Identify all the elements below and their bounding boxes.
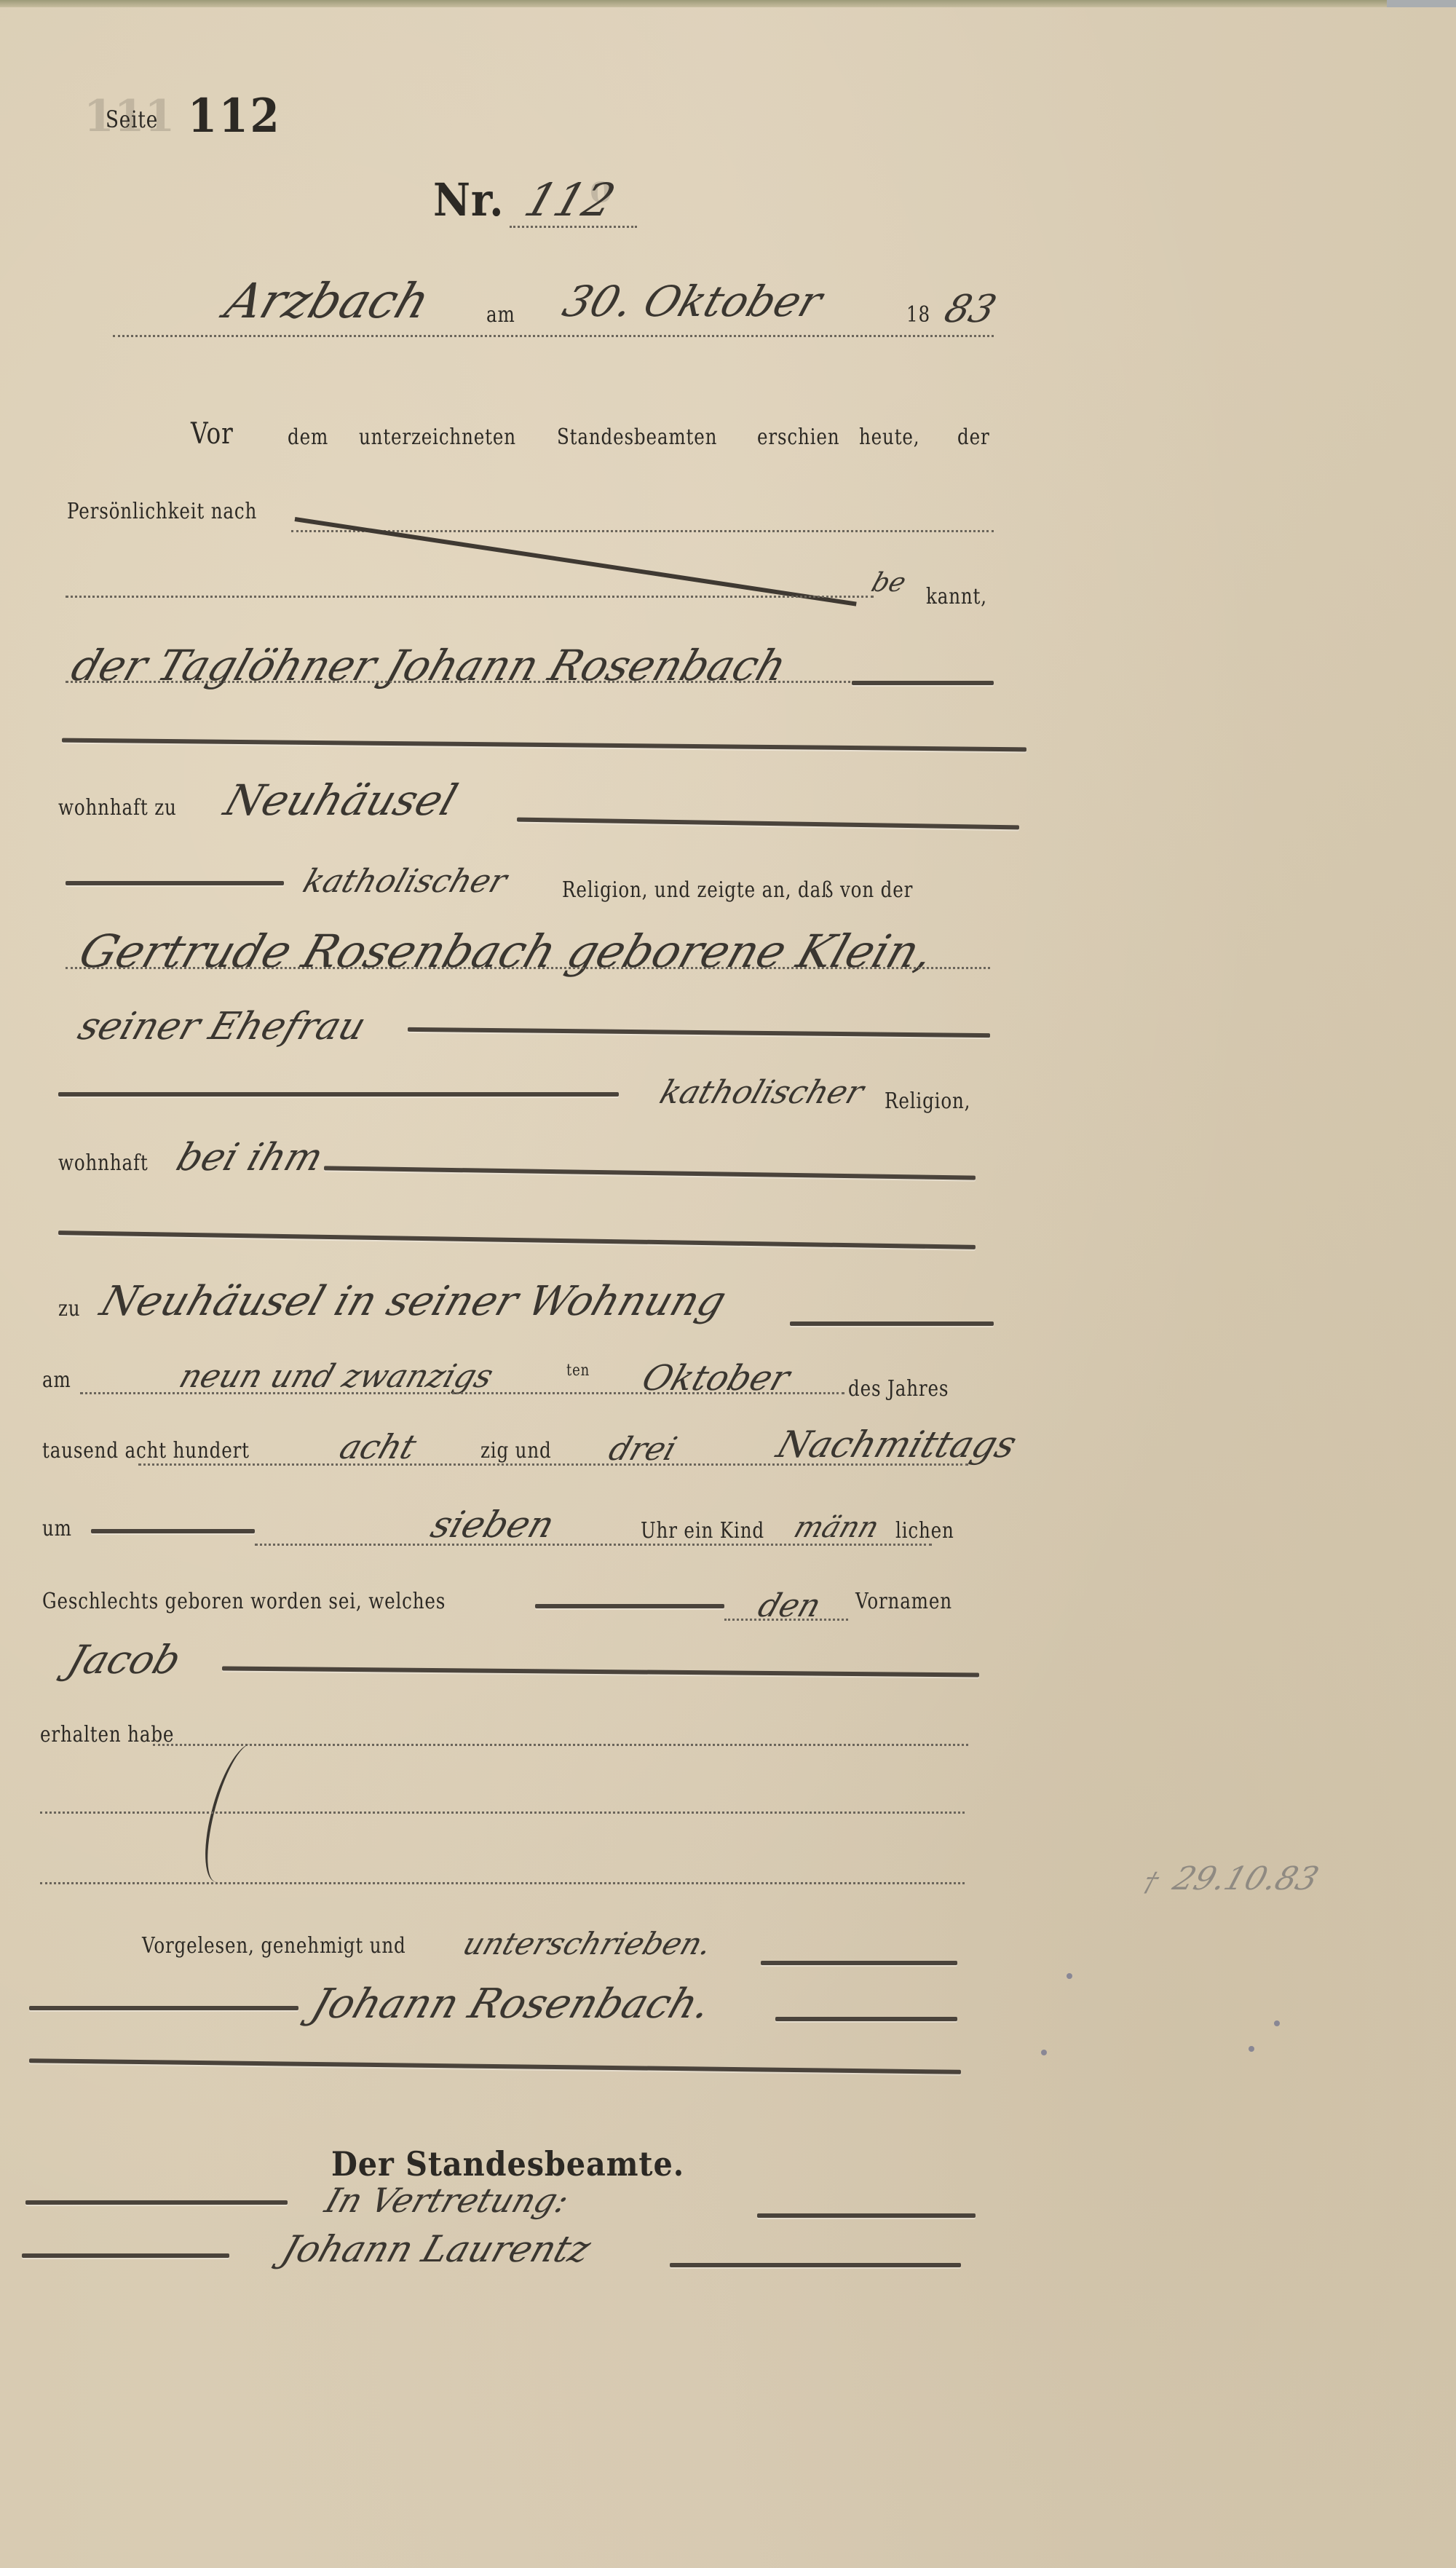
given-name-field: Jacob — [62, 1637, 187, 1683]
birth-year-label: des Jahres — [848, 1376, 949, 1402]
hour-field: sieben — [426, 1504, 560, 1546]
fill-rule — [757, 2213, 976, 2218]
religion-field: katholischer — [298, 863, 512, 900]
intro-word: dem — [288, 424, 328, 450]
year-decade-field: acht — [335, 1427, 422, 1466]
fill-rule — [408, 1027, 990, 1038]
birth-day-field: neun und zwanzigs — [175, 1358, 498, 1395]
name-dotted-line — [724, 1619, 848, 1621]
fill-rule — [22, 2253, 229, 2258]
place-date-dotted-line — [113, 335, 994, 337]
blank-dotted-line — [40, 1812, 965, 1814]
official-note: In Vertretung: — [320, 2181, 574, 2220]
page-number: 112 — [188, 89, 281, 143]
birthplace-field: Neuhäusel in seiner Wohnung — [95, 1278, 732, 1325]
fill-rule — [58, 1092, 619, 1097]
mother-dotted-line — [66, 967, 990, 969]
received-dotted-line — [153, 1744, 968, 1746]
intro-word: unterzeichneten — [359, 424, 516, 450]
record-label: Nr. — [433, 173, 504, 226]
date-label: am — [486, 302, 515, 328]
identity-dotted-line-2 — [66, 596, 874, 598]
year-dotted-line — [138, 1463, 968, 1466]
fill-rule — [29, 2058, 961, 2074]
intro-word: Standesbeamten — [557, 424, 717, 450]
time-of-day-field: Nachmittags — [772, 1423, 1022, 1466]
blank-dotted-line — [40, 1882, 965, 1884]
year-words-label: tausend acht hundert — [42, 1438, 250, 1463]
mother-religion-label: Religion, — [885, 1089, 970, 1114]
identity-label: Persönlichkeit nach — [67, 499, 257, 524]
paper-speck — [1041, 2050, 1047, 2055]
year-suffix: 83 — [939, 288, 1002, 331]
closing-field: unterschrieben. — [459, 1926, 716, 1961]
residence-field: Neuhäusel — [218, 775, 463, 825]
mother-religion-field: katholischer — [655, 1074, 869, 1111]
death-mark-icon: † — [1139, 1868, 1162, 1897]
fill-rule — [790, 1321, 994, 1326]
fill-rule — [62, 738, 1026, 752]
intro-word: Vor — [191, 417, 234, 451]
fill-rule — [29, 2006, 298, 2010]
declarant-dotted-line — [66, 681, 874, 683]
fill-rule — [66, 881, 284, 885]
declarant-signature: Johann Rosenbach. — [306, 1980, 717, 2028]
fill-rule — [775, 2017, 957, 2021]
date-field: 30. Oktober — [557, 277, 828, 326]
paper-speck — [1067, 1973, 1072, 1979]
fill-rule — [517, 818, 1019, 830]
fill-rule — [91, 1529, 255, 1533]
religion-text: Religion, und zeigte an, daß von der — [562, 877, 913, 903]
birthplace-label: zu — [58, 1296, 80, 1321]
hour-dotted-line — [255, 1544, 932, 1546]
fill-rule — [535, 1604, 724, 1608]
mother-relation-field: seiner Ehefrau — [73, 1005, 371, 1048]
birth-date-dotted-line — [80, 1392, 844, 1394]
mother-residence-field: bei ihm — [171, 1136, 328, 1180]
fill-rule — [852, 681, 994, 685]
fill-rule — [670, 2263, 961, 2267]
hour-suffix: Uhr ein Kind — [641, 1518, 764, 1544]
birth-day-suffix: ten — [566, 1362, 590, 1380]
intro-word: heute, — [859, 424, 919, 450]
sex-field: männ — [790, 1511, 883, 1544]
record-dotted-line — [510, 226, 637, 228]
fill-rule — [25, 2200, 288, 2205]
sex-suffix: lichen — [895, 1518, 954, 1544]
paper-speck — [1249, 2046, 1254, 2052]
margin-death-date: 29.10.83 — [1168, 1860, 1324, 1897]
mother-field: Gertrude Rosenbach geborene Klein, — [73, 925, 941, 978]
page-label: Seite — [106, 106, 158, 133]
birth-day-label: am — [42, 1367, 71, 1393]
identity-field: be — [868, 568, 910, 598]
year-unit-field: drei — [604, 1431, 681, 1468]
residence-label: wohnhaft zu — [58, 795, 177, 821]
paper-speck — [1274, 2020, 1280, 2026]
official-title: Der Standesbeamte. — [331, 2144, 684, 2184]
fill-rule — [761, 1961, 957, 1965]
year-words-label-2: zig und — [480, 1438, 552, 1463]
identity-suffix: kannt, — [926, 584, 987, 609]
hour-label: um — [42, 1516, 72, 1541]
closing-label: Vorgelesen, genehmigt und — [142, 1933, 406, 1959]
official-signature: Johann Laurentz — [277, 2228, 596, 2270]
fill-rule — [222, 1666, 979, 1677]
register-page: 111 ⁰ Seite 112 Nr. 112 Arzbach am 30. O… — [0, 7, 1456, 2568]
book-top-edge — [0, 0, 1456, 7]
mother-residence-label: wohnhaft — [58, 1150, 149, 1176]
place-field: Arzbach — [218, 273, 437, 329]
sex-label: Geschlechts geboren worden sei, welches — [42, 1589, 446, 1614]
fill-rule — [58, 1230, 976, 1249]
name-label: Vornamen — [855, 1589, 952, 1614]
intro-word: der — [957, 424, 990, 450]
record-number: 112 — [518, 173, 622, 226]
fill-rule — [324, 1166, 976, 1180]
intro-word: erschien — [757, 424, 839, 450]
year-prefix: 18 — [906, 302, 930, 328]
